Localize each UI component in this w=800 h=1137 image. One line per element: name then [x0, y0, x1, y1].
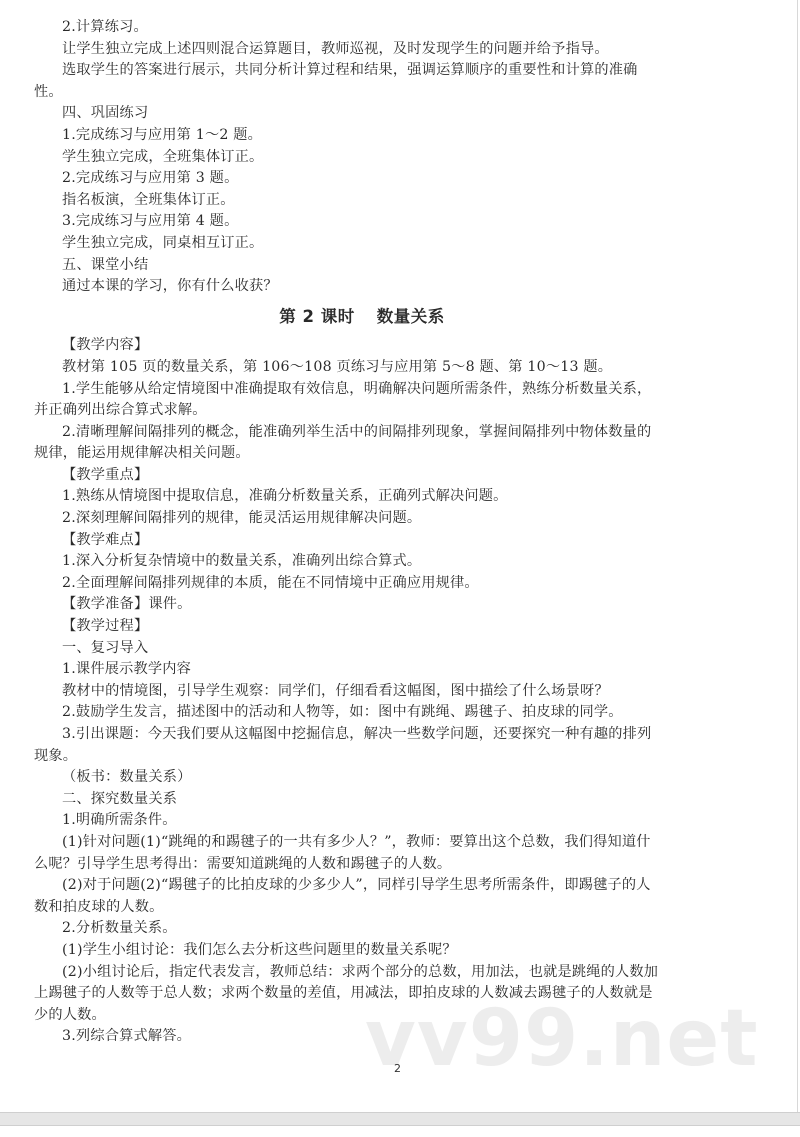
- text-line: (1)学生小组讨论：我们怎么去分析这些问题里的数量关系呢？: [62, 940, 662, 962]
- previous-lesson-section: 2.计算练习。让学生独立完成上述四则混合运算题目，教师巡视，及时发现学生的问题并…: [62, 17, 662, 298]
- text-line: 五、课堂小结: [62, 255, 662, 277]
- paragraph: 2.清晰理解间隔排列的概念，能准确列举生活中的间隔排列现象，掌握间隔排列中物体数…: [34, 422, 662, 465]
- text-line: 让学生独立完成上述四则混合运算题目，教师巡视，及时发现学生的问题并给予指导。: [62, 39, 662, 61]
- text-line: 3.列综合算式解答。: [62, 1026, 662, 1048]
- text-line: 通过本课的学习，你有什么收获？: [62, 276, 662, 298]
- text-line: 1.课件展示教学内容: [62, 659, 662, 681]
- text-line: （板书：数量关系）: [62, 767, 662, 789]
- text-line: 3.完成练习与应用第 4 题。: [62, 211, 662, 233]
- paragraph: (2)对于问题(2)“踢毽子的比拍皮球的少多少人”，同样引导学生思考所需条件，即…: [34, 875, 662, 918]
- paragraph: (2)小组讨论后，指定代表发言，教师总结：求两个部分的总数，用加法，也就是跳绳的…: [34, 962, 662, 1027]
- page-content: 2.计算练习。让学生独立完成上述四则混合运算题目，教师巡视，及时发现学生的问题并…: [62, 17, 662, 1048]
- paragraph: 1.学生能够从给定情境图中准确提取有效信息，明确解决问题所需条件，熟练分析数量关…: [34, 379, 662, 422]
- text-line: 二、探究数量关系: [62, 789, 662, 811]
- text-line: 指名板演，全班集体订正。: [62, 190, 662, 212]
- text-line: 2.深刻理解间隔排列的规律，能灵活运用规律解决问题。: [62, 508, 662, 530]
- lesson-number: 第 2 课时: [279, 307, 354, 326]
- text-line: 2.完成练习与应用第 3 题。: [62, 168, 662, 190]
- paragraph: 选取学生的答案进行展示，共同分析计算过程和结果，强调运算顺序的重要性和计算的准确…: [34, 60, 662, 103]
- text-line: 四、巩固练习: [62, 103, 662, 125]
- text-line: 教材中的情境图，引导学生观察：同学们，仔细看看这幅图，图中描绘了什么场景呀？: [62, 681, 662, 703]
- text-line: 1.深入分析复杂情境中的数量关系，准确列出综合算式。: [62, 551, 662, 573]
- text-line: 1.熟练从情境图中提取信息，准确分析数量关系，正确列式解决问题。: [62, 486, 662, 508]
- lesson-2-section: 【教学内容】教材第 105 页的数量关系，第 106～108 页练习与应用第 5…: [62, 335, 662, 1048]
- text-line: 1.完成练习与应用第 1～2 题。: [62, 125, 662, 147]
- text-line: 学生独立完成，同桌相互订正。: [62, 233, 662, 255]
- paragraph: 3.引出课题：今天我们要从这幅图中挖掘信息，解决一些数学问题，还要探究一种有趣的…: [34, 724, 662, 767]
- section-title: 第 2 课时数量关系: [34, 306, 690, 328]
- text-line: 【教学难点】: [62, 530, 662, 552]
- text-line: 2.分析数量关系。: [62, 918, 662, 940]
- text-line: 【教学内容】: [62, 335, 662, 357]
- lesson-topic: 数量关系: [377, 307, 445, 326]
- page-separator: [0, 1112, 800, 1126]
- text-line: 【教学准备】课件。: [62, 594, 662, 616]
- text-line: 【教学重点】: [62, 465, 662, 487]
- text-line: 教材第 105 页的数量关系，第 106～108 页练习与应用第 5～8 题、第…: [62, 357, 662, 379]
- text-line: 2.计算练习。: [62, 17, 662, 39]
- text-line: 2.全面理解间隔排列规律的本质，能在不同情境中正确应用规律。: [62, 573, 662, 595]
- document-page: 2.计算练习。让学生独立完成上述四则混合运算题目，教师巡视，及时发现学生的问题并…: [0, 0, 798, 1112]
- text-line: 1.明确所需条件。: [62, 810, 662, 832]
- text-line: 一、复习导入: [62, 638, 662, 660]
- text-line: 【教学过程】: [62, 616, 662, 638]
- paragraph: (1)针对问题(1)“跳绳的和踢毽子的一共有多少人？”，教师：要算出这个总数，我…: [34, 832, 662, 875]
- text-line: 2.鼓励学生发言，描述图中的活动和人物等，如：图中有跳绳、踢毽子、拍皮球的同学。: [62, 702, 662, 724]
- text-line: 学生独立完成，全班集体订正。: [62, 147, 662, 169]
- page-number: 2: [394, 1062, 401, 1075]
